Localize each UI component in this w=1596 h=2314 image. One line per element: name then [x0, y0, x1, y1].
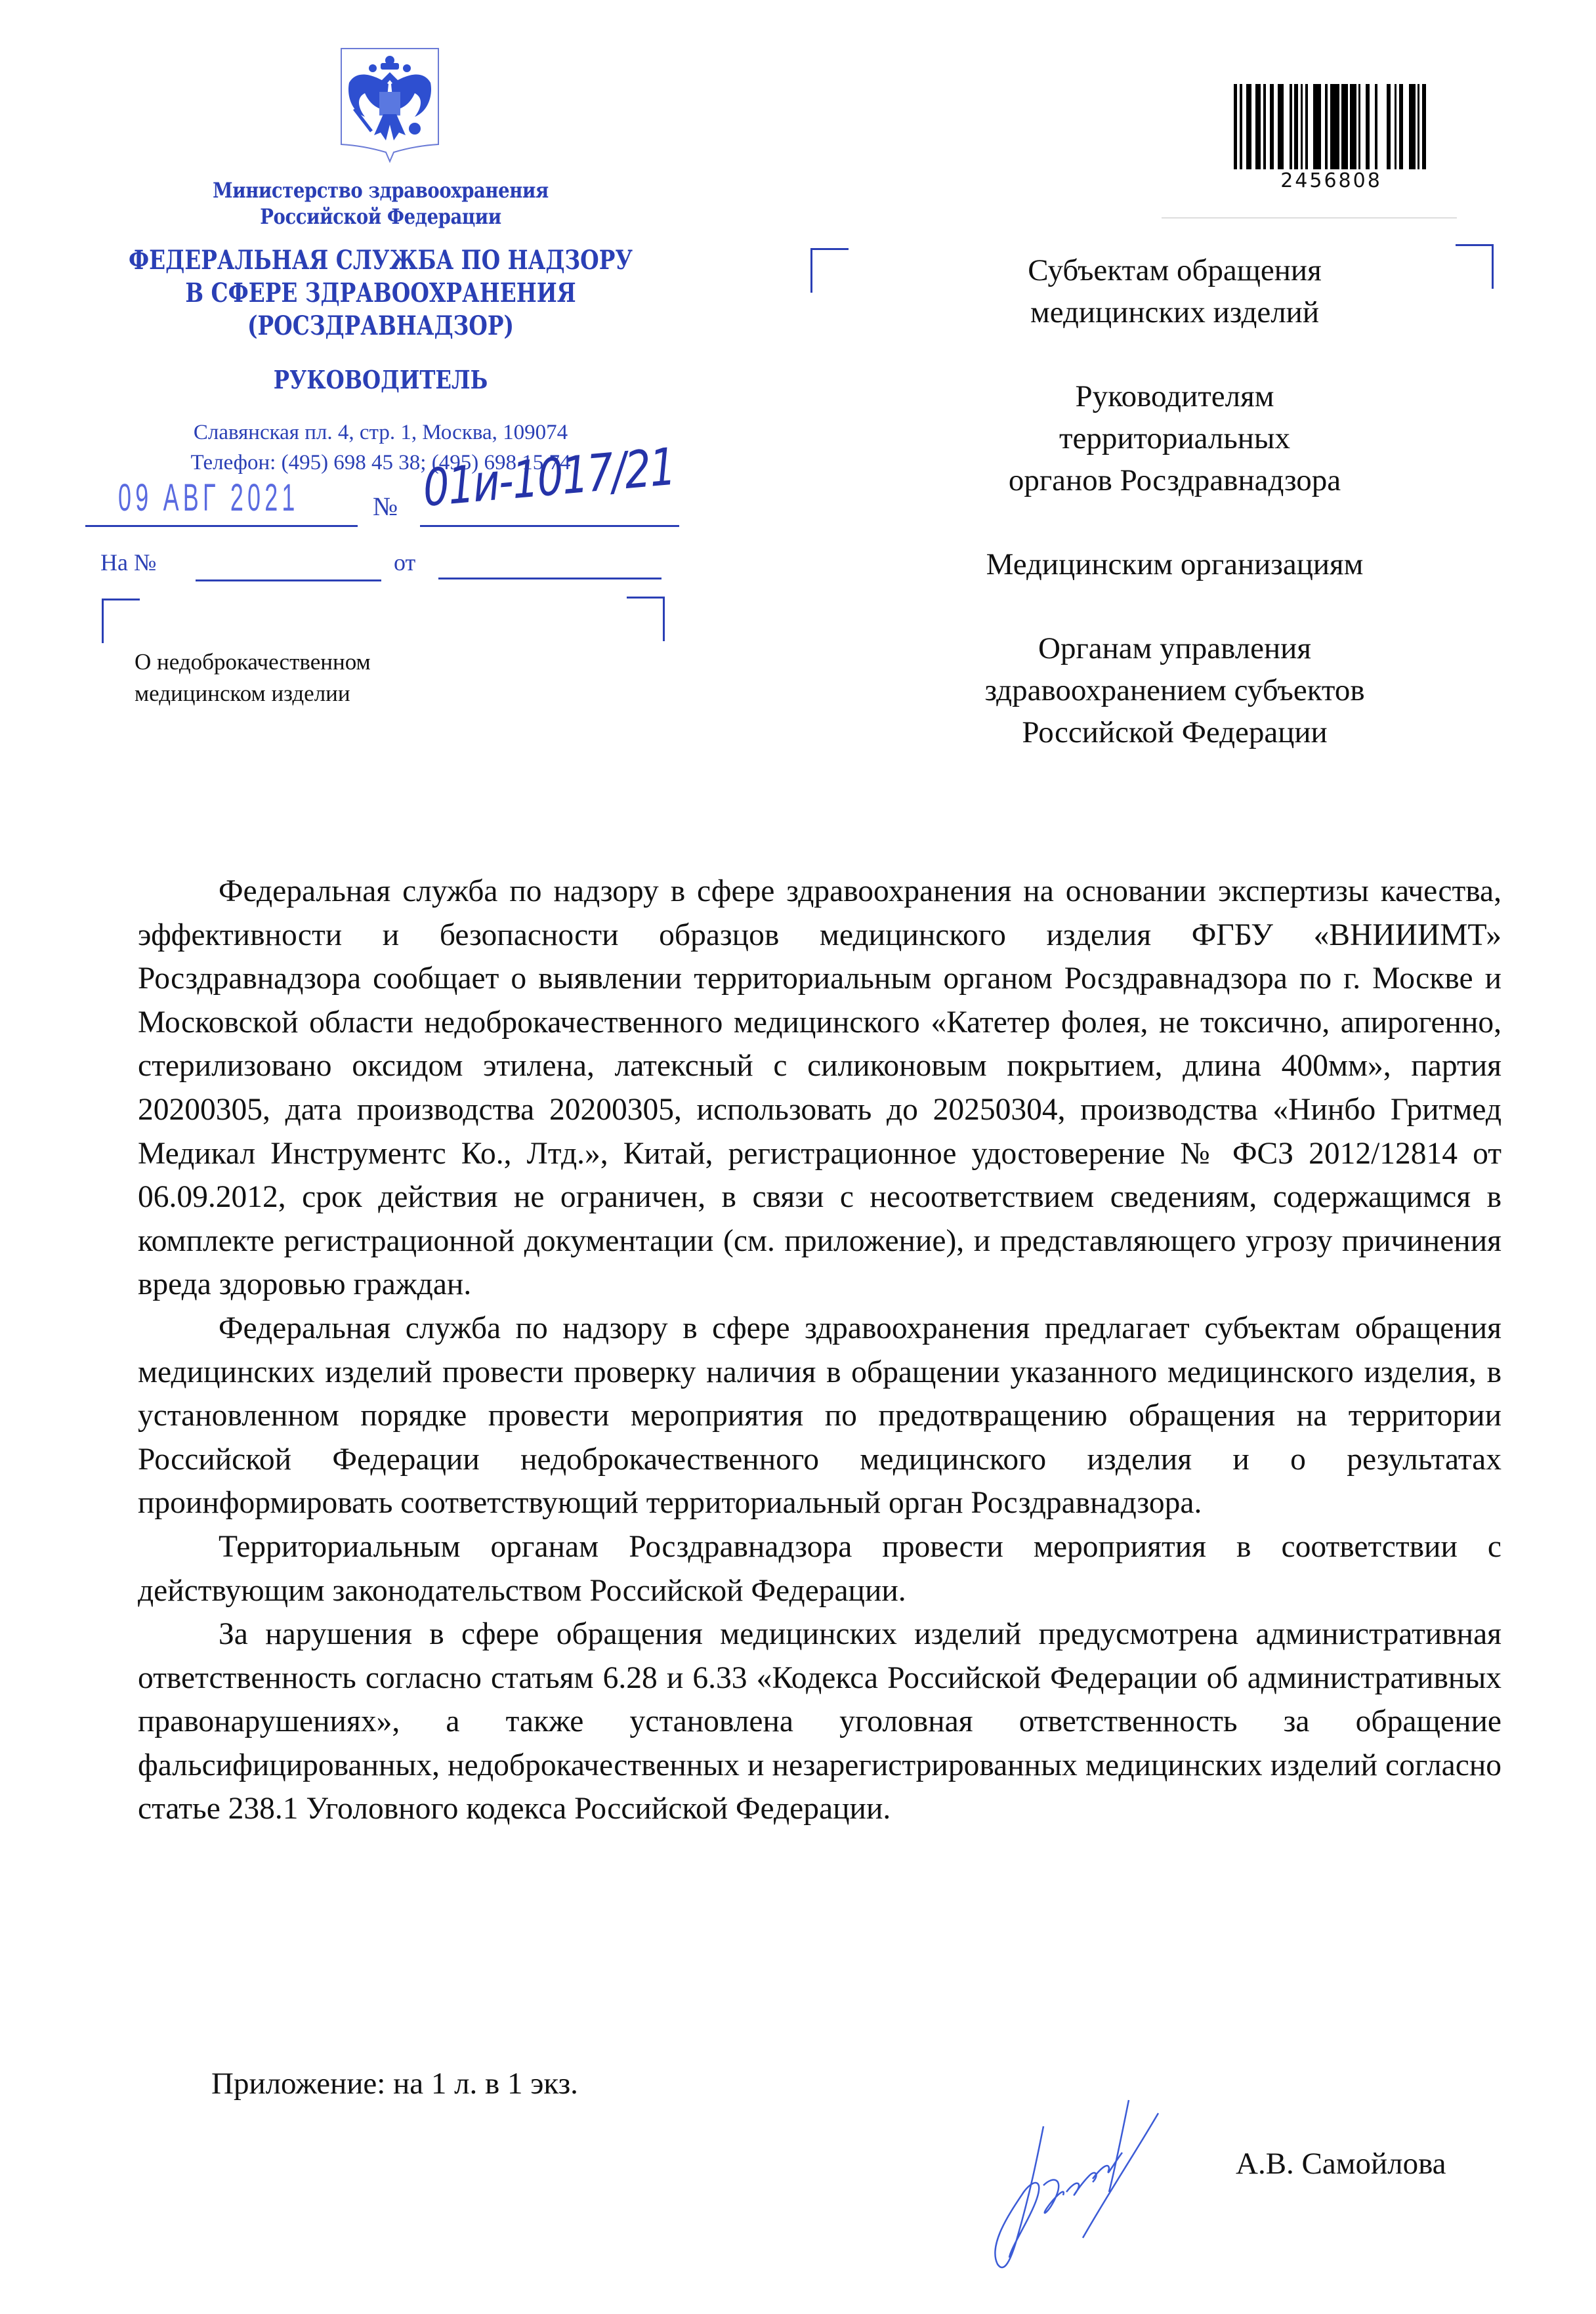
bracket-top-left — [102, 599, 140, 643]
paragraph: Федеральная служба по надзору в сфере зд… — [138, 870, 1501, 1307]
reply-from-field — [438, 578, 661, 579]
number-underline — [420, 525, 679, 527]
paragraph: Территориальным органам Росздравнадзора … — [138, 1525, 1501, 1612]
position-title: РУКОВОДИТЕЛЬ — [146, 365, 615, 394]
number-label: № — [373, 491, 398, 522]
signature-icon — [912, 2087, 1280, 2284]
coat-of-arms-icon — [337, 46, 442, 164]
bracket-top-right — [627, 597, 665, 641]
address: Славянская пл. 4, стр. 1, Москва, 109074 — [105, 417, 656, 448]
bracket-top-left — [810, 248, 849, 293]
reply-to-label: На № — [100, 549, 156, 576]
barcode-icon — [1234, 84, 1429, 169]
addressee-block: Субъектам обращения медицинских изделий … — [873, 249, 1477, 795]
attachment-note: Приложение: на 1 л. в 1 экз. — [211, 2066, 578, 2101]
reply-from-label: от — [394, 549, 415, 576]
letter-body: Федеральная служба по надзору в сфере зд… — [138, 870, 1501, 1831]
date-stamp: 09 АВГ 2021 — [118, 476, 299, 520]
divider — [1162, 217, 1457, 219]
paragraph: Федеральная служба по надзору в сфере зд… — [138, 1307, 1501, 1525]
date-underline — [85, 525, 358, 527]
addressee: Субъектам обращения медицинских изделий — [873, 249, 1477, 333]
subject: О недоброкачественном медицинском издели… — [135, 646, 371, 709]
signer-name: А.В. Самойлова — [1236, 2146, 1446, 2181]
service-name: ФЕДЕРАЛЬНАЯ СЛУЖБА ПО НАДЗОРУ В СФЕРЕ ЗД… — [128, 244, 634, 343]
addressee: Органам управления здравоохранением субъ… — [873, 627, 1477, 753]
paragraph: За нарушения в сфере обращения медицинск… — [138, 1612, 1501, 1831]
addressee: Руководителям территориальных органов Ро… — [873, 375, 1477, 501]
addressee: Медицинским организациям — [873, 543, 1477, 585]
reply-to-field — [196, 579, 381, 581]
barcode-number: 2456808 — [1234, 169, 1429, 192]
ministry-name: Министерство здравоохранения Российской … — [144, 177, 618, 230]
